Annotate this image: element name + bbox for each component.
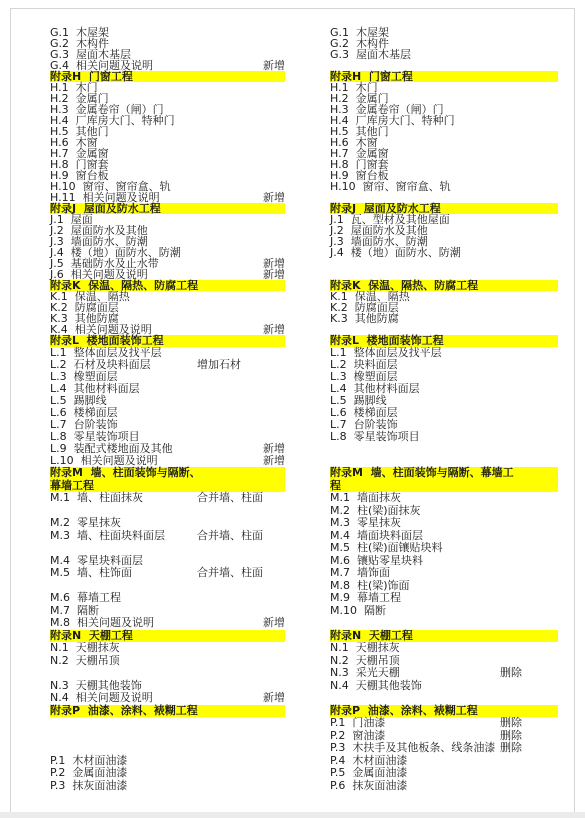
list-item: P.2 金属面油漆 [50, 767, 285, 780]
change-annotation: 新增 [263, 324, 285, 335]
change-annotation: 删除 [500, 717, 522, 730]
change-annotation: 合并墙、柱面 [197, 567, 263, 580]
item-label: P.3 木扶手及其他板条、线条油漆 [330, 742, 495, 755]
blank-row [330, 692, 558, 705]
blank-row [50, 730, 285, 743]
change-annotation: 新增 [263, 692, 285, 705]
section-header-label: 附录M 墙、柱面装饰与隔断、 [50, 467, 201, 480]
item-label: J.4 楼（地）面防水、防潮 [330, 247, 461, 258]
list-item: M.5 柱(梁)面镶贴块料 [330, 542, 558, 555]
change-annotation: 删除 [500, 742, 522, 755]
list-item: P.3 抹灰面油漆 [50, 780, 285, 793]
list-item: N.4 相关问题及说明新增 [50, 692, 285, 705]
change-annotation: 增加石材 [197, 359, 241, 371]
item-label: G.3 屋面木基层 [330, 49, 411, 60]
blank-row [50, 742, 285, 755]
list-item: P.3 木扶手及其他板条、线条油漆删除 [330, 742, 558, 755]
list-item: M.1 墙面抹灰 [330, 492, 558, 505]
list-item: J.4 楼（地）面防水、防潮 [330, 247, 558, 258]
item-label: M.1 墙、柱面抹灰 [50, 492, 143, 505]
list-item: N.2 天棚吊顶 [50, 655, 285, 668]
list-item: H.10 窗帘、窗帘盒、轨 [330, 181, 558, 192]
change-annotation: 合并墙、柱面 [197, 530, 263, 543]
item-label: P.3 抹灰面油漆 [50, 780, 127, 793]
section-header: 附录P 油漆、涂料、裱糊工程 [50, 705, 285, 718]
item-label: H.10 窗帘、窗帘盒、轨 [330, 181, 451, 192]
page-bottom-strip [0, 812, 585, 818]
appendix-list-column-right: G.1 木屋架G.2 木构件G.3 屋面木基层附录H 门窗工程H.1 木门H.2… [330, 27, 558, 792]
item-label: N.2 天棚吊顶 [50, 655, 120, 668]
list-item: M.6 幕墙工程 [50, 592, 285, 605]
item-label: N.1 天棚抹灰 [330, 642, 400, 655]
list-item: M.3 墙、柱面块料面层合并墙、柱面 [50, 530, 285, 543]
item-label: P.2 金属面油漆 [50, 767, 127, 780]
item-label: M.5 柱(梁)面镶贴块料 [330, 542, 443, 555]
list-item: M.10 隔断 [330, 605, 558, 618]
item-label: M.2 零星抹灰 [50, 517, 121, 530]
change-annotation: 新增 [263, 269, 285, 280]
item-label: M.3 墙、柱面块料面层 [50, 530, 165, 543]
item-label: N.4 天棚其他装饰 [330, 680, 422, 693]
list-item: M.2 零星抹灰 [50, 517, 285, 530]
blank-row [50, 542, 285, 555]
document-page: { "page": { "background": "#ffffff", "hi… [0, 0, 585, 818]
section-header: 附录M 墙、柱面装饰与隔断、 [50, 467, 285, 480]
section-header-label: 附录P 油漆、涂料、裱糊工程 [50, 705, 198, 718]
blank-row [50, 667, 285, 680]
item-label: M.10 隔断 [330, 605, 386, 618]
item-label: N.1 天棚抹灰 [50, 642, 120, 655]
list-item: M.7 墙饰面 [330, 567, 558, 580]
section-header: 附录M 墙、柱面装饰与隔断、幕墙工 [330, 467, 558, 480]
blank-row [330, 258, 558, 269]
blank-row [50, 717, 285, 730]
list-item: M.1 墙、柱面抹灰合并墙、柱面 [50, 492, 285, 505]
change-annotation: 新增 [263, 455, 285, 467]
change-annotation: 新增 [263, 192, 285, 203]
item-label: P.5 金属面油漆 [330, 767, 407, 780]
section-header-label: 附录M 墙、柱面装饰与隔断、幕墙工 [330, 467, 514, 480]
item-label: K.3 其他防腐 [330, 313, 399, 324]
item-label: M.1 墙面抹灰 [330, 492, 401, 505]
item-label: M.3 零星抹灰 [330, 517, 401, 530]
list-item: K.3 其他防腐 [330, 313, 558, 324]
item-label: N.4 相关问题及说明 [50, 692, 153, 705]
item-label: L.8 零星装饰项目 [330, 431, 420, 443]
item-label: M.9 幕墙工程 [330, 592, 401, 605]
change-annotation: 合并墙、柱面 [197, 492, 263, 505]
item-label: N.3 采光天棚 [330, 667, 400, 680]
list-item: M.8 相关问题及说明新增 [50, 617, 285, 630]
item-label: P.1 门油漆 [330, 717, 385, 730]
item-label: M.6 幕墙工程 [50, 592, 121, 605]
list-item: M.9 幕墙工程 [330, 592, 558, 605]
blank-row [330, 443, 558, 455]
change-annotation: 删除 [500, 667, 522, 680]
list-item: N.1 天棚抹灰 [330, 642, 558, 655]
item-label: M.5 墙、柱饰面 [50, 567, 132, 580]
item-label: P.6 抹灰面油漆 [330, 780, 407, 793]
list-item: P.1 门油漆删除 [330, 717, 558, 730]
appendix-list-column-left: G.1 木屋架G.2 木构件G.3 屋面木基层G.4 相关问题及说明新增附录H … [50, 27, 285, 792]
item-label: M.7 墙饰面 [330, 567, 390, 580]
blank-row [330, 617, 558, 630]
list-item: G.3 屋面木基层 [330, 49, 558, 60]
list-item: M.3 零星抹灰 [330, 517, 558, 530]
change-annotation: 新增 [263, 60, 285, 71]
list-item: P.6 抹灰面油漆 [330, 780, 558, 793]
list-item: L.8 零星装饰项目 [330, 431, 558, 443]
change-annotation: 新增 [263, 617, 285, 630]
list-item: M.5 墙、柱饰面合并墙、柱面 [50, 567, 285, 580]
list-item: N.3 采光天棚删除 [330, 667, 558, 680]
item-label: M.8 相关问题及说明 [50, 617, 154, 630]
list-item: P.5 金属面油漆 [330, 767, 558, 780]
list-item: N.4 天棚其他装饰 [330, 680, 558, 693]
list-item: N.1 天棚抹灰 [50, 642, 285, 655]
